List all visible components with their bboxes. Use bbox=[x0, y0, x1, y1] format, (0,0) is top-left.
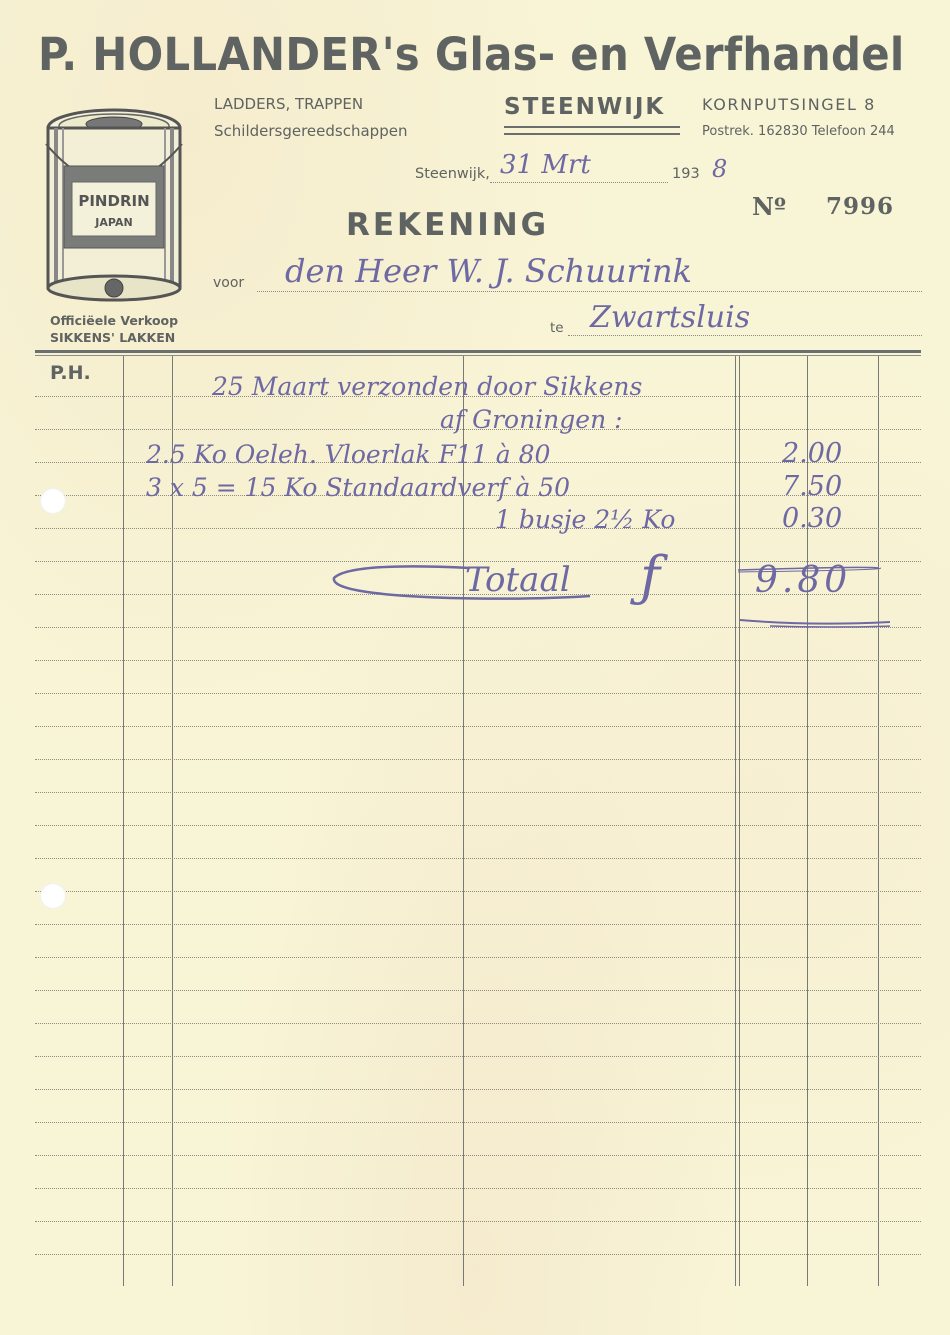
te-dotted-line bbox=[568, 335, 922, 336]
total-amount: 9.80 bbox=[755, 560, 851, 601]
official-sales-label: Officiëele Verkoop bbox=[50, 313, 178, 328]
company-city: STEENWIJK bbox=[504, 94, 665, 120]
table-top-rule bbox=[35, 355, 921, 356]
year-prefix: 193 bbox=[672, 166, 700, 182]
date-dotted-line bbox=[490, 182, 668, 183]
customer-town: Zwartsluis bbox=[590, 300, 750, 335]
number-label: Nº bbox=[752, 192, 786, 221]
line-item-amount: 7.50 bbox=[782, 471, 842, 502]
svg-text:JAPAN: JAPAN bbox=[94, 216, 132, 229]
tagline-ladders: LADDERS, TRAPPEN bbox=[214, 95, 363, 113]
line-item-amount: 2.00 bbox=[782, 438, 842, 469]
voor-dotted-line bbox=[257, 291, 922, 292]
line-item-description: 3 x 5 = 15 Ko Standaardverf à 50 bbox=[146, 473, 570, 502]
column-header-initials: P.H. bbox=[50, 362, 91, 384]
company-name: P. HOLLANDER's Glas- en Verfhandel bbox=[38, 28, 905, 81]
line-item-description: af Groningen : bbox=[440, 405, 623, 434]
sikkens-label: SIKKENS' LAKKEN bbox=[50, 330, 175, 345]
city-underline bbox=[504, 126, 680, 128]
year-suffix: 8 bbox=[712, 155, 727, 183]
voor-label: voor bbox=[213, 275, 244, 291]
line-item-amount: 0.30 bbox=[782, 503, 842, 534]
invoice-date: 31 Mrt bbox=[500, 150, 591, 180]
punch-hole bbox=[40, 883, 66, 909]
punch-hole bbox=[40, 488, 66, 514]
guilder-sign: ƒ bbox=[640, 545, 660, 608]
invoice-number: 7996 bbox=[826, 193, 894, 220]
line-item-description: 2.5 Ko Oeleh. Vloerlak F11 à 80 bbox=[146, 440, 550, 469]
total-label: Totaal bbox=[465, 560, 571, 600]
document-title: REKENING bbox=[346, 207, 549, 243]
company-postal-phone: Postrek. 162830 Telefoon 244 bbox=[702, 124, 895, 139]
customer-name: den Heer W. J. Schuurink bbox=[285, 252, 692, 290]
place-label: Steenwijk, bbox=[415, 166, 490, 182]
city-underline bbox=[504, 133, 680, 135]
te-label: te bbox=[550, 320, 564, 336]
line-item-description: 1 busje 2½ Ko bbox=[495, 505, 675, 534]
table-top-rule bbox=[35, 350, 921, 353]
tagline-tools: Schildersgereedschappen bbox=[214, 122, 407, 140]
line-item-description: 25 Maart verzonden door Sikkens bbox=[212, 372, 642, 401]
company-address: KORNPUTSINGEL 8 bbox=[702, 95, 876, 114]
paint-can-icon: PINDRIN JAPAN bbox=[40, 104, 188, 304]
svg-text:PINDRIN: PINDRIN bbox=[78, 192, 149, 210]
